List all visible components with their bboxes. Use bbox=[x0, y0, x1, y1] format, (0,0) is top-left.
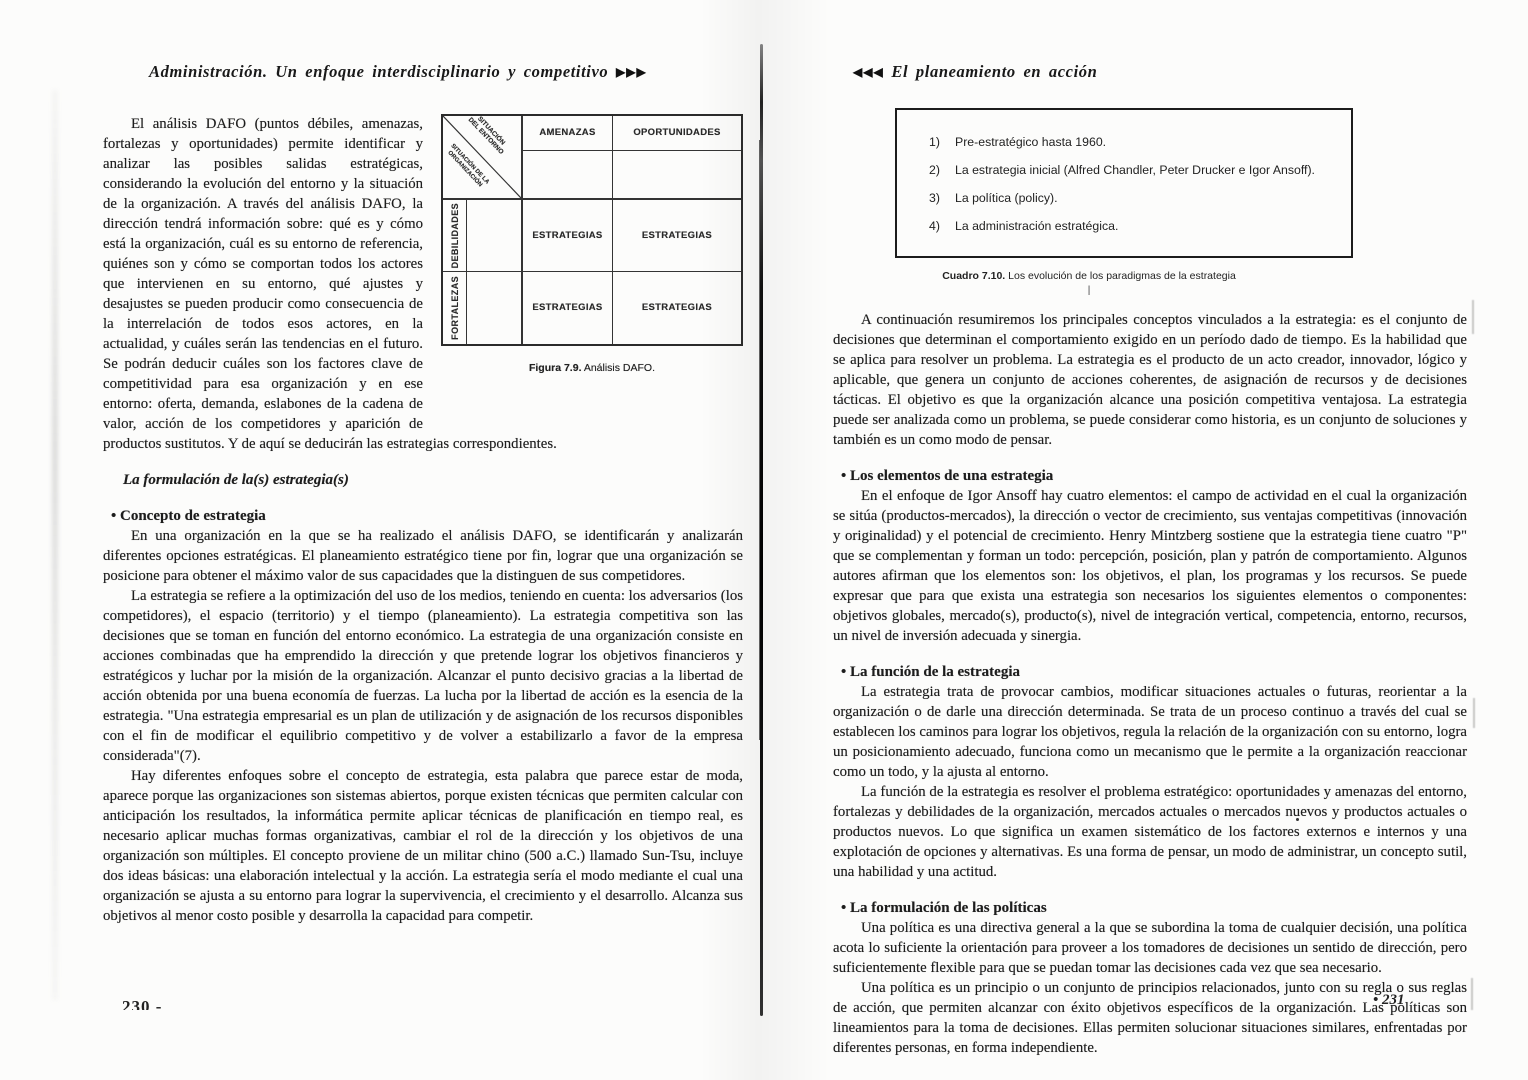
paragraph: Hay diferentes enfoques sobre el concept… bbox=[103, 766, 743, 926]
figure-caption-text: Análisis DAFO. bbox=[581, 362, 655, 374]
matrix-diagonal-header-cell: SITUACIÓN DEL ENTORNO SITUACIÓN DE LA OR… bbox=[443, 116, 521, 198]
box-caption: Cuadro 7.10. Los evolución de los paradi… bbox=[833, 270, 1345, 282]
left-page-number: 230 - bbox=[122, 997, 162, 1010]
matrix-line bbox=[521, 150, 741, 151]
right-page: ◀◀◀ El planeamiento en acción 1) Pre-est… bbox=[833, 62, 1467, 1058]
matrix-row-header-debilidades: DEBILIDADES bbox=[443, 200, 466, 271]
right-running-head-title: El planeamiento en acción bbox=[891, 62, 1097, 81]
right-running-head: ◀◀◀ El planeamiento en acción bbox=[853, 62, 1467, 82]
list-item-text: La política (policy). bbox=[955, 184, 1058, 212]
scanned-book-spread: Administración. Un enfoque interdiscipli… bbox=[0, 0, 1528, 1080]
list-item: 1) Pre-estratégico hasta 1960. bbox=[929, 128, 1343, 156]
back-arrows-icon: ◀◀◀ bbox=[853, 65, 884, 79]
list-item-text: La estrategia inicial (Alfred Chandler, … bbox=[955, 156, 1315, 184]
paragraph: En el enfoque de Igor Ansoff hay cuatro … bbox=[833, 486, 1467, 646]
matrix-col-header-oportunidades: OPORTUNIDADES bbox=[613, 116, 741, 150]
dafo-figure: SITUACIÓN DEL ENTORNO SITUACIÓN DE LA OR… bbox=[441, 114, 743, 378]
list-item-number: 1) bbox=[929, 128, 955, 156]
list-item: 3) La política (policy). bbox=[929, 184, 1343, 212]
left-running-head: Administración. Un enfoque interdiscipli… bbox=[149, 62, 743, 82]
caption-tick-mark: | bbox=[833, 285, 1345, 296]
list-item-number: 4) bbox=[929, 212, 955, 240]
list-item: 4) La administración estratégica. bbox=[929, 212, 1343, 240]
section-heading-formulacion-estrategias: La formulación de la(s) estrategia(s) bbox=[123, 470, 743, 490]
matrix-row-header-fortalezas: FORTALEZAS bbox=[443, 272, 466, 344]
paragraph: La estrategia se refiere a la optimizaci… bbox=[103, 586, 743, 766]
figure-caption: Figura 7.9. Análisis DAFO. bbox=[441, 358, 743, 378]
box-caption-number: Cuadro 7.10. bbox=[942, 270, 1005, 282]
matrix-cell-estrategias: ESTRATEGIAS bbox=[523, 200, 612, 271]
subsection-heading-concepto-estrategia: • Concepto de estrategia bbox=[111, 506, 743, 526]
right-page-number: • 231 bbox=[1373, 992, 1405, 1009]
subsection-heading-formulacion-politicas: • La formulación de las políticas bbox=[841, 898, 1467, 918]
matrix-cell-estrategias: ESTRATEGIAS bbox=[523, 272, 612, 344]
right-page-body: A continuación resumiremos los principal… bbox=[833, 310, 1467, 1058]
paragraph: La estrategia trata de provocar cambios,… bbox=[833, 682, 1467, 782]
matrix-row-header-fortalezas-label: FORTALEZAS bbox=[445, 276, 465, 340]
subsection-heading-funcion: • La función de la estrategia bbox=[841, 662, 1467, 682]
scan-edge-mark bbox=[1472, 300, 1474, 334]
intro-paragraph: A continuación resumiremos los principal… bbox=[833, 310, 1467, 450]
list-item-number: 2) bbox=[929, 156, 955, 184]
forward-arrows-icon: ▶▶▶ bbox=[616, 65, 647, 79]
list-item-text: La administración estratégica. bbox=[955, 212, 1118, 240]
paradigms-box: 1) Pre-estratégico hasta 1960. 2) La est… bbox=[895, 108, 1353, 258]
left-page: Administración. Un enfoque interdiscipli… bbox=[103, 62, 743, 926]
paragraph: En una organización en la que se ha real… bbox=[103, 526, 743, 586]
matrix-col-header-amenazas: AMENAZAS bbox=[523, 116, 612, 150]
subsection-heading-elementos: • Los elementos de una estrategia bbox=[841, 466, 1467, 486]
list-item: 2) La estrategia inicial (Alfred Chandle… bbox=[929, 156, 1343, 184]
figure-caption-number: Figura 7.9. bbox=[529, 362, 582, 374]
list-item-text: Pre-estratégico hasta 1960. bbox=[955, 128, 1106, 156]
left-running-head-title: Administración. Un enfoque interdiscipli… bbox=[149, 62, 608, 81]
matrix-cell-estrategias: ESTRATEGIAS bbox=[613, 272, 741, 344]
left-page-crease bbox=[52, 90, 58, 1000]
paragraph: La función de la estrategia es resolver … bbox=[833, 782, 1467, 882]
left-page-body: SITUACIÓN DEL ENTORNO SITUACIÓN DE LA OR… bbox=[103, 114, 743, 926]
dafo-matrix: SITUACIÓN DEL ENTORNO SITUACIÓN DE LA OR… bbox=[441, 114, 743, 346]
list-item-number: 3) bbox=[929, 184, 955, 212]
scan-edge-mark bbox=[1473, 698, 1475, 728]
matrix-cell-estrategias: ESTRATEGIAS bbox=[613, 200, 741, 271]
box-caption-text: Los evolución de los paradigmas de la es… bbox=[1005, 270, 1236, 282]
paragraph: Una política es un principio o un conjun… bbox=[833, 978, 1467, 1058]
paragraph: Una política es una directiva general a … bbox=[833, 918, 1467, 978]
matrix-row-header-debilidades-label: DEBILIDADES bbox=[445, 203, 465, 268]
scan-edge-mark bbox=[1471, 978, 1473, 1010]
